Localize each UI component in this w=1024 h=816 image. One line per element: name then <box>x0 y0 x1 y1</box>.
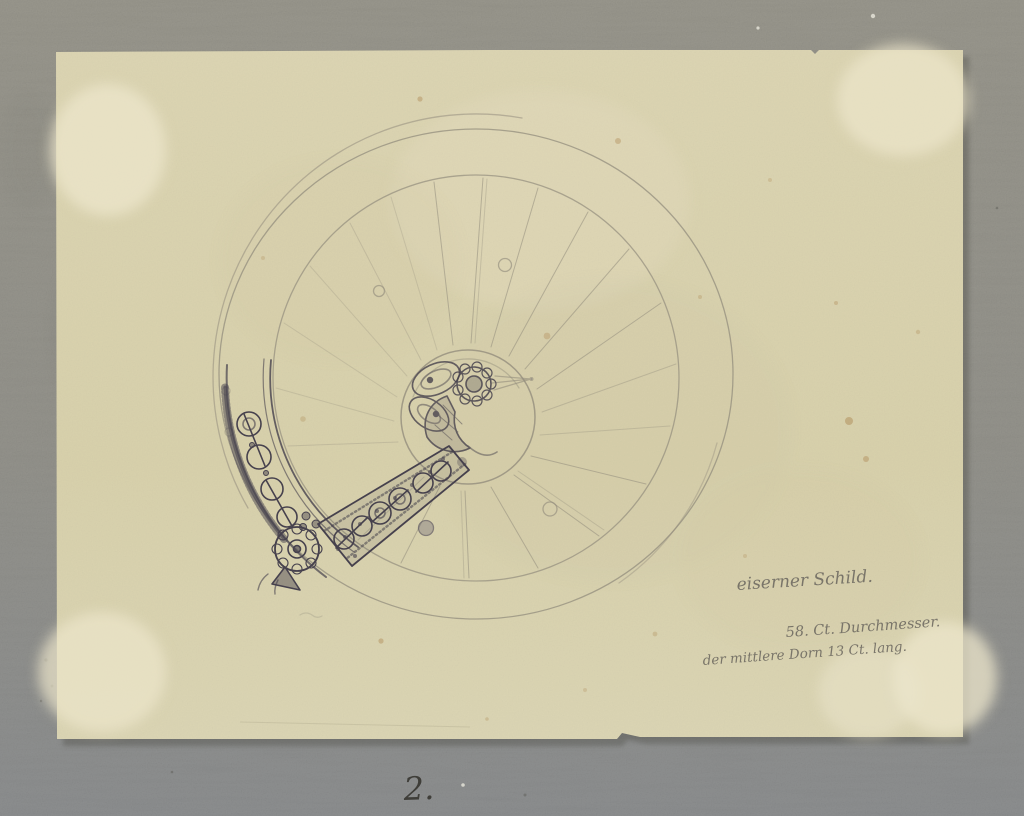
artwork-scan: eiserner Schild. 58. Ct. Durchmesser. de… <box>0 0 1024 816</box>
sheet-number: 2. <box>402 769 435 808</box>
mount-smudge <box>0 90 58 210</box>
drawing-sheet <box>38 44 997 746</box>
